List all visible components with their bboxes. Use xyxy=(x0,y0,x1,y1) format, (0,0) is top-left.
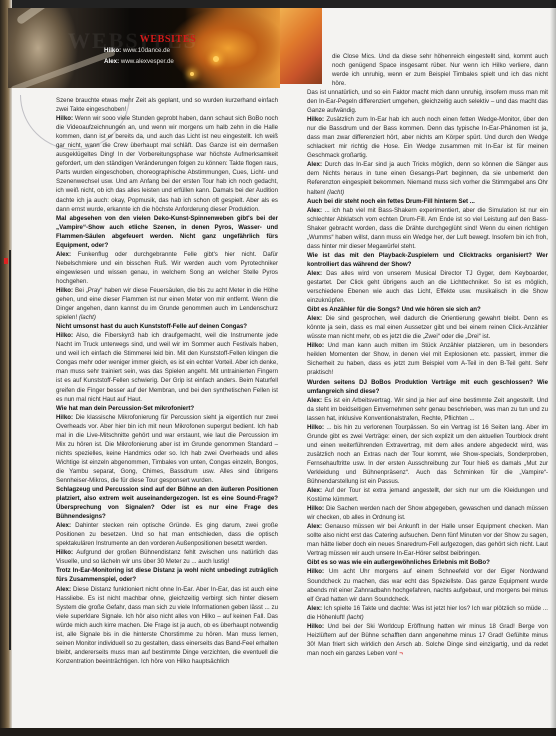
article-column-right-top: die Close Mics. Und da diese sehr höhenr… xyxy=(332,52,548,88)
answer-text: Aufgrund der großen Bühnendistanz fehlt … xyxy=(56,549,278,565)
websites-title: WEBSITES xyxy=(104,34,224,45)
answer-text: Diese Distanz funktioniert nicht ohne In… xyxy=(56,586,278,665)
speaker-label: Alex: xyxy=(56,251,71,258)
answer-text: Um acht Uhr morgens auf einem Schneefeld… xyxy=(307,568,548,602)
speaker-label: Hilko: xyxy=(307,424,324,431)
interview-answer: Alex: Auf der Tour ist extra jemand ange… xyxy=(307,486,548,504)
answer-text: ... ich hab viel mit Bass-Shakern experi… xyxy=(307,207,548,250)
binding-edge xyxy=(0,0,12,736)
speaker-label: Hilko: xyxy=(307,505,324,512)
hilko-website: Hilko: www.10dance.de xyxy=(104,46,224,56)
top-edge xyxy=(0,0,556,8)
interview-question: Wie hat man dein Percussion-Set mikrofon… xyxy=(56,404,278,413)
body-text: die Close Mics. Und da diese sehr höhenr… xyxy=(332,52,548,88)
answer-text: Szene brauchte etwas mehr Zeit als gepla… xyxy=(56,97,278,113)
article-column-left: Szene brauchte etwas mehr Zeit als gepla… xyxy=(56,96,278,666)
interview-question: Trotz In-Ear-Monitoring ist diese Distan… xyxy=(56,566,278,584)
hilko-label: Hilko: xyxy=(104,47,121,54)
interview-question: Schlagzeug und Percussion sind auf der B… xyxy=(56,485,278,521)
interview-question: Wurden seitens DJ BoBos Produktion Vertr… xyxy=(307,378,548,396)
alex-label: Alex: xyxy=(104,58,119,65)
answer-text: Zusätzlich zum In-Ear hab ich auch noch … xyxy=(307,116,548,159)
end-mark-icon: ¬ xyxy=(399,650,403,657)
spine-line xyxy=(9,250,11,650)
stage-direction: (lacht) xyxy=(79,314,96,321)
answer-text: Die Sachen werden nach der Show abgegebe… xyxy=(307,505,548,521)
answer-text: Also, die Fiberskyn3 hab ich draufgemach… xyxy=(56,332,278,402)
answer-text: Das alles wird von unserem Musical Direc… xyxy=(307,270,548,304)
answer-text: Und bei der Ski Worldcup Eröffnung hatte… xyxy=(307,623,548,657)
speaker-label: Alex: xyxy=(307,487,322,494)
speaker-label: Hilko: xyxy=(307,342,324,349)
interview-answer: Hilko: Die klassische Mikrofonierung für… xyxy=(56,413,278,485)
stage-direction: (lacht) xyxy=(347,614,364,621)
interview-question: Wie ist das mit den Playback-Zuspielern … xyxy=(307,251,548,269)
speaker-label: Alex: xyxy=(307,397,322,404)
alex-url-link[interactable]: www.alexvesper.de xyxy=(121,58,174,65)
answer-text: Ich spielte 16 Takte und dachte: Was ist… xyxy=(307,605,548,621)
alex-website: Alex: www.alexvesper.de xyxy=(104,57,224,67)
stage-direction: (lacht) xyxy=(327,189,344,196)
cobweb-streak xyxy=(16,8,94,25)
interview-answer: Hilko: Zusätzlich zum In-Ear hab ich auc… xyxy=(307,115,548,160)
answer-text: Wenn wir sooo viele Stunden geprobt habe… xyxy=(56,115,278,212)
interview-answer: Alex: Dahinter stecken rein optische Grü… xyxy=(56,521,278,548)
interview-answer: Alex: Die sind gesprochen, weil dadurch … xyxy=(307,314,548,341)
answer-text: Es ist ein Arbeitsvertrag. Wir sind ja h… xyxy=(307,397,548,422)
speaker-label: Hilko: xyxy=(56,414,73,421)
body-text: Das ist unnatürlich, und so ein Faktor m… xyxy=(307,88,548,115)
interview-answer: Alex: Diese Distanz funktioniert nicht o… xyxy=(56,585,278,666)
interview-answer: Alex: Ich spielte 16 Takte und dachte: W… xyxy=(307,604,548,622)
header-photo-right xyxy=(280,8,322,84)
interview-answer: Hilko: Und man kann auch mitten im Stück… xyxy=(307,341,548,377)
interview-answer: Hilko: Die Sachen werden nach der Show a… xyxy=(307,504,548,522)
answer-text: Und man kann auch mitten im Stück Anzähl… xyxy=(307,342,548,376)
speaker-label: Hilko: xyxy=(307,116,324,123)
hilko-url-link[interactable]: www.10dance.de xyxy=(123,47,170,54)
header-photo: WEBSITES WEBSITES Hilko: www.10dance.de … xyxy=(8,8,280,88)
speaker-label: Hilko: xyxy=(56,287,73,294)
stage-light xyxy=(190,72,194,76)
interview-question: Gibt es so was wie ein außergewöhnliches… xyxy=(307,558,548,567)
interview-answer: Alex: Funkenflug oder durchgebrannte Fel… xyxy=(56,250,278,286)
speaker-label: Alex: xyxy=(307,270,322,277)
interview-answer: Hilko: Also, die Fiberskyn3 hab ich drau… xyxy=(56,331,278,403)
interview-question: Nicht umsonst hast du auch Kunststoff-Fe… xyxy=(56,322,278,331)
speaker-label: Hilko: xyxy=(56,549,73,556)
answer-text: Das ist unnatürlich, und so ein Faktor m… xyxy=(307,89,548,114)
interview-answer: Alex: Es ist ein Arbeitsvertrag. Wir sin… xyxy=(307,396,548,423)
speaker-label: Alex: xyxy=(56,522,71,529)
interview-question: Gibt es Anzähler für die Songs? Und wie … xyxy=(307,305,548,314)
interview-answer: Alex: Das alles wird von unserem Musical… xyxy=(307,269,548,305)
speaker-label: Alex: xyxy=(307,161,322,168)
interview-answer: Alex: ... ich hab viel mit Bass-Shakern … xyxy=(307,206,548,251)
interview-answer: Hilko: ... bis hin zu verlorenen Tourpäs… xyxy=(307,423,548,486)
speaker-label: Hilko: xyxy=(56,332,73,339)
answer-text: Auf der Tour ist extra jemand angestellt… xyxy=(307,487,548,503)
speaker-label: Alex: xyxy=(56,586,71,593)
interview-answer: Hilko: Bei „Pray“ haben wir diese Feuers… xyxy=(56,286,278,322)
article-column-right: Das ist unnatürlich, und so ein Faktor m… xyxy=(307,88,548,658)
answer-text: Die klassische Mikrofonierung für Percus… xyxy=(56,414,278,484)
answer-text: Funkenflug oder durchgebrannte Felle gib… xyxy=(56,251,278,285)
interview-answer: Alex: Genauso müssen wir bei Ankunft in … xyxy=(307,522,548,558)
interview-answer: Alex: Durch das In-Ear sind ja auch Tric… xyxy=(307,160,548,196)
speaker-label: Alex: xyxy=(307,315,322,322)
answer-text: Die sind gesprochen, weil dadurch die Or… xyxy=(307,315,548,340)
bottom-edge xyxy=(0,728,556,736)
cobweb-streak xyxy=(10,49,115,88)
speaker-label: Alex: xyxy=(307,605,322,612)
speaker-label: Hilko: xyxy=(56,115,73,122)
answer-text: die Close Mics. Und da diese sehr höhenr… xyxy=(332,53,548,87)
interview-answer: Hilko: Und bei der Ski Worldcup Eröffnun… xyxy=(307,622,548,658)
magazine-page: WEBSITES WEBSITES Hilko: www.10dance.de … xyxy=(0,0,556,736)
body-text: Szene brauchte etwas mehr Zeit als gepla… xyxy=(56,96,278,114)
interview-answer: Hilko: Wenn wir sooo viele Stunden gepro… xyxy=(56,114,278,214)
answer-text: Dahinter stecken rein optische Gründe. E… xyxy=(56,522,278,547)
speaker-label: Alex: xyxy=(307,207,322,214)
answer-text: ... bis hin zu verlorenen Tourpässen. So… xyxy=(307,424,548,485)
interview-answer: Hilko: Aufgrund der großen Bühnendistanz… xyxy=(56,548,278,566)
answer-text: Genauso müssen wir bei Ankunft in der Ha… xyxy=(307,523,548,557)
page-shadow xyxy=(550,0,556,736)
speaker-label: Hilko: xyxy=(307,623,324,630)
speaker-label: Alex: xyxy=(307,523,322,530)
websites-box: WEBSITES Hilko: www.10dance.de Alex: www… xyxy=(104,34,224,67)
spine-marker xyxy=(4,258,8,264)
interview-answer: Hilko: Um acht Uhr morgens auf einem Sch… xyxy=(307,567,548,603)
interview-question: Auch bei dir steht noch ein fettes Drum-… xyxy=(307,197,548,206)
speaker-label: Hilko: xyxy=(307,568,324,575)
interview-question: Mal abgesehen von den vielen Deko-Kunst-… xyxy=(56,214,278,250)
